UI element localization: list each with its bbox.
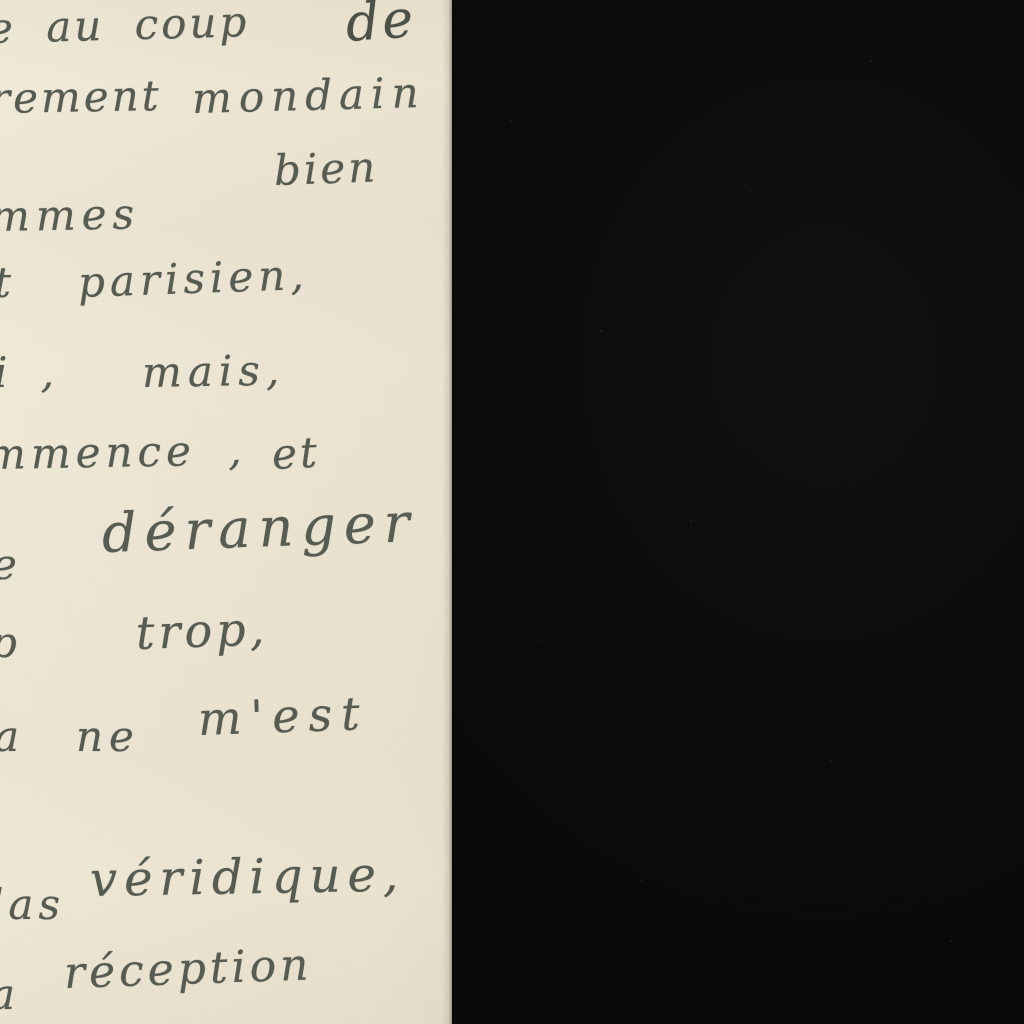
handwriting-fragment: ne — [76, 712, 140, 761]
handwriting-fragment: mondain — [191, 68, 426, 123]
handwriting-fragment: bien — [273, 142, 379, 195]
handwriting-fragment: de — [344, 0, 418, 54]
handwriting-fragment: déranger — [101, 491, 419, 565]
handwriting-fragment: rement — [0, 71, 162, 123]
handwriting-line: p trop, — [0, 606, 452, 686]
handwriting-fragment: mmes — [0, 189, 140, 241]
handwriting-fragment: a — [0, 970, 18, 1019]
handwriting-fragment: parisien, — [77, 250, 309, 307]
handwriting-line: las véridique, — [0, 852, 452, 932]
black-velvet-backdrop — [450, 0, 1024, 1024]
handwriting-line: e déranger — [0, 502, 452, 582]
handwriting-fragment: m'est — [197, 686, 369, 746]
handwriting-fragment: e — [0, 540, 20, 589]
handwriting-fragment: t — [0, 258, 14, 307]
handwriting-fragment: las — [0, 880, 65, 929]
handwriting-fragment: e au coup — [0, 0, 250, 53]
handwriting-fragment: i , — [0, 348, 57, 397]
handwriting-fragment: trop, — [135, 601, 269, 660]
handwriting-fragment: et — [271, 428, 321, 479]
handwriting-fragment: véridique, — [90, 847, 406, 908]
manuscript-page: e au coup de rement mondain mmes bien t … — [0, 0, 452, 1024]
handwriting-fragment: mmence , — [0, 425, 247, 479]
handwriting-line: rement mondain — [0, 74, 452, 154]
handwriting-line: a réception — [0, 948, 452, 1024]
handwriting-line: mmes bien — [0, 146, 452, 226]
handwriting-fragment: p — [0, 618, 20, 667]
handwriting-line: a ne m'est — [0, 692, 452, 772]
handwriting-line: i , mais, — [0, 348, 452, 428]
handwriting-fragment: a — [0, 712, 22, 761]
handwriting-fragment: réception — [63, 939, 313, 999]
handwriting-line: t parisien, — [0, 258, 452, 338]
photograph-of-manuscript: e au coup de rement mondain mmes bien t … — [0, 0, 1024, 1024]
handwriting-fragment: mais, — [142, 346, 286, 397]
